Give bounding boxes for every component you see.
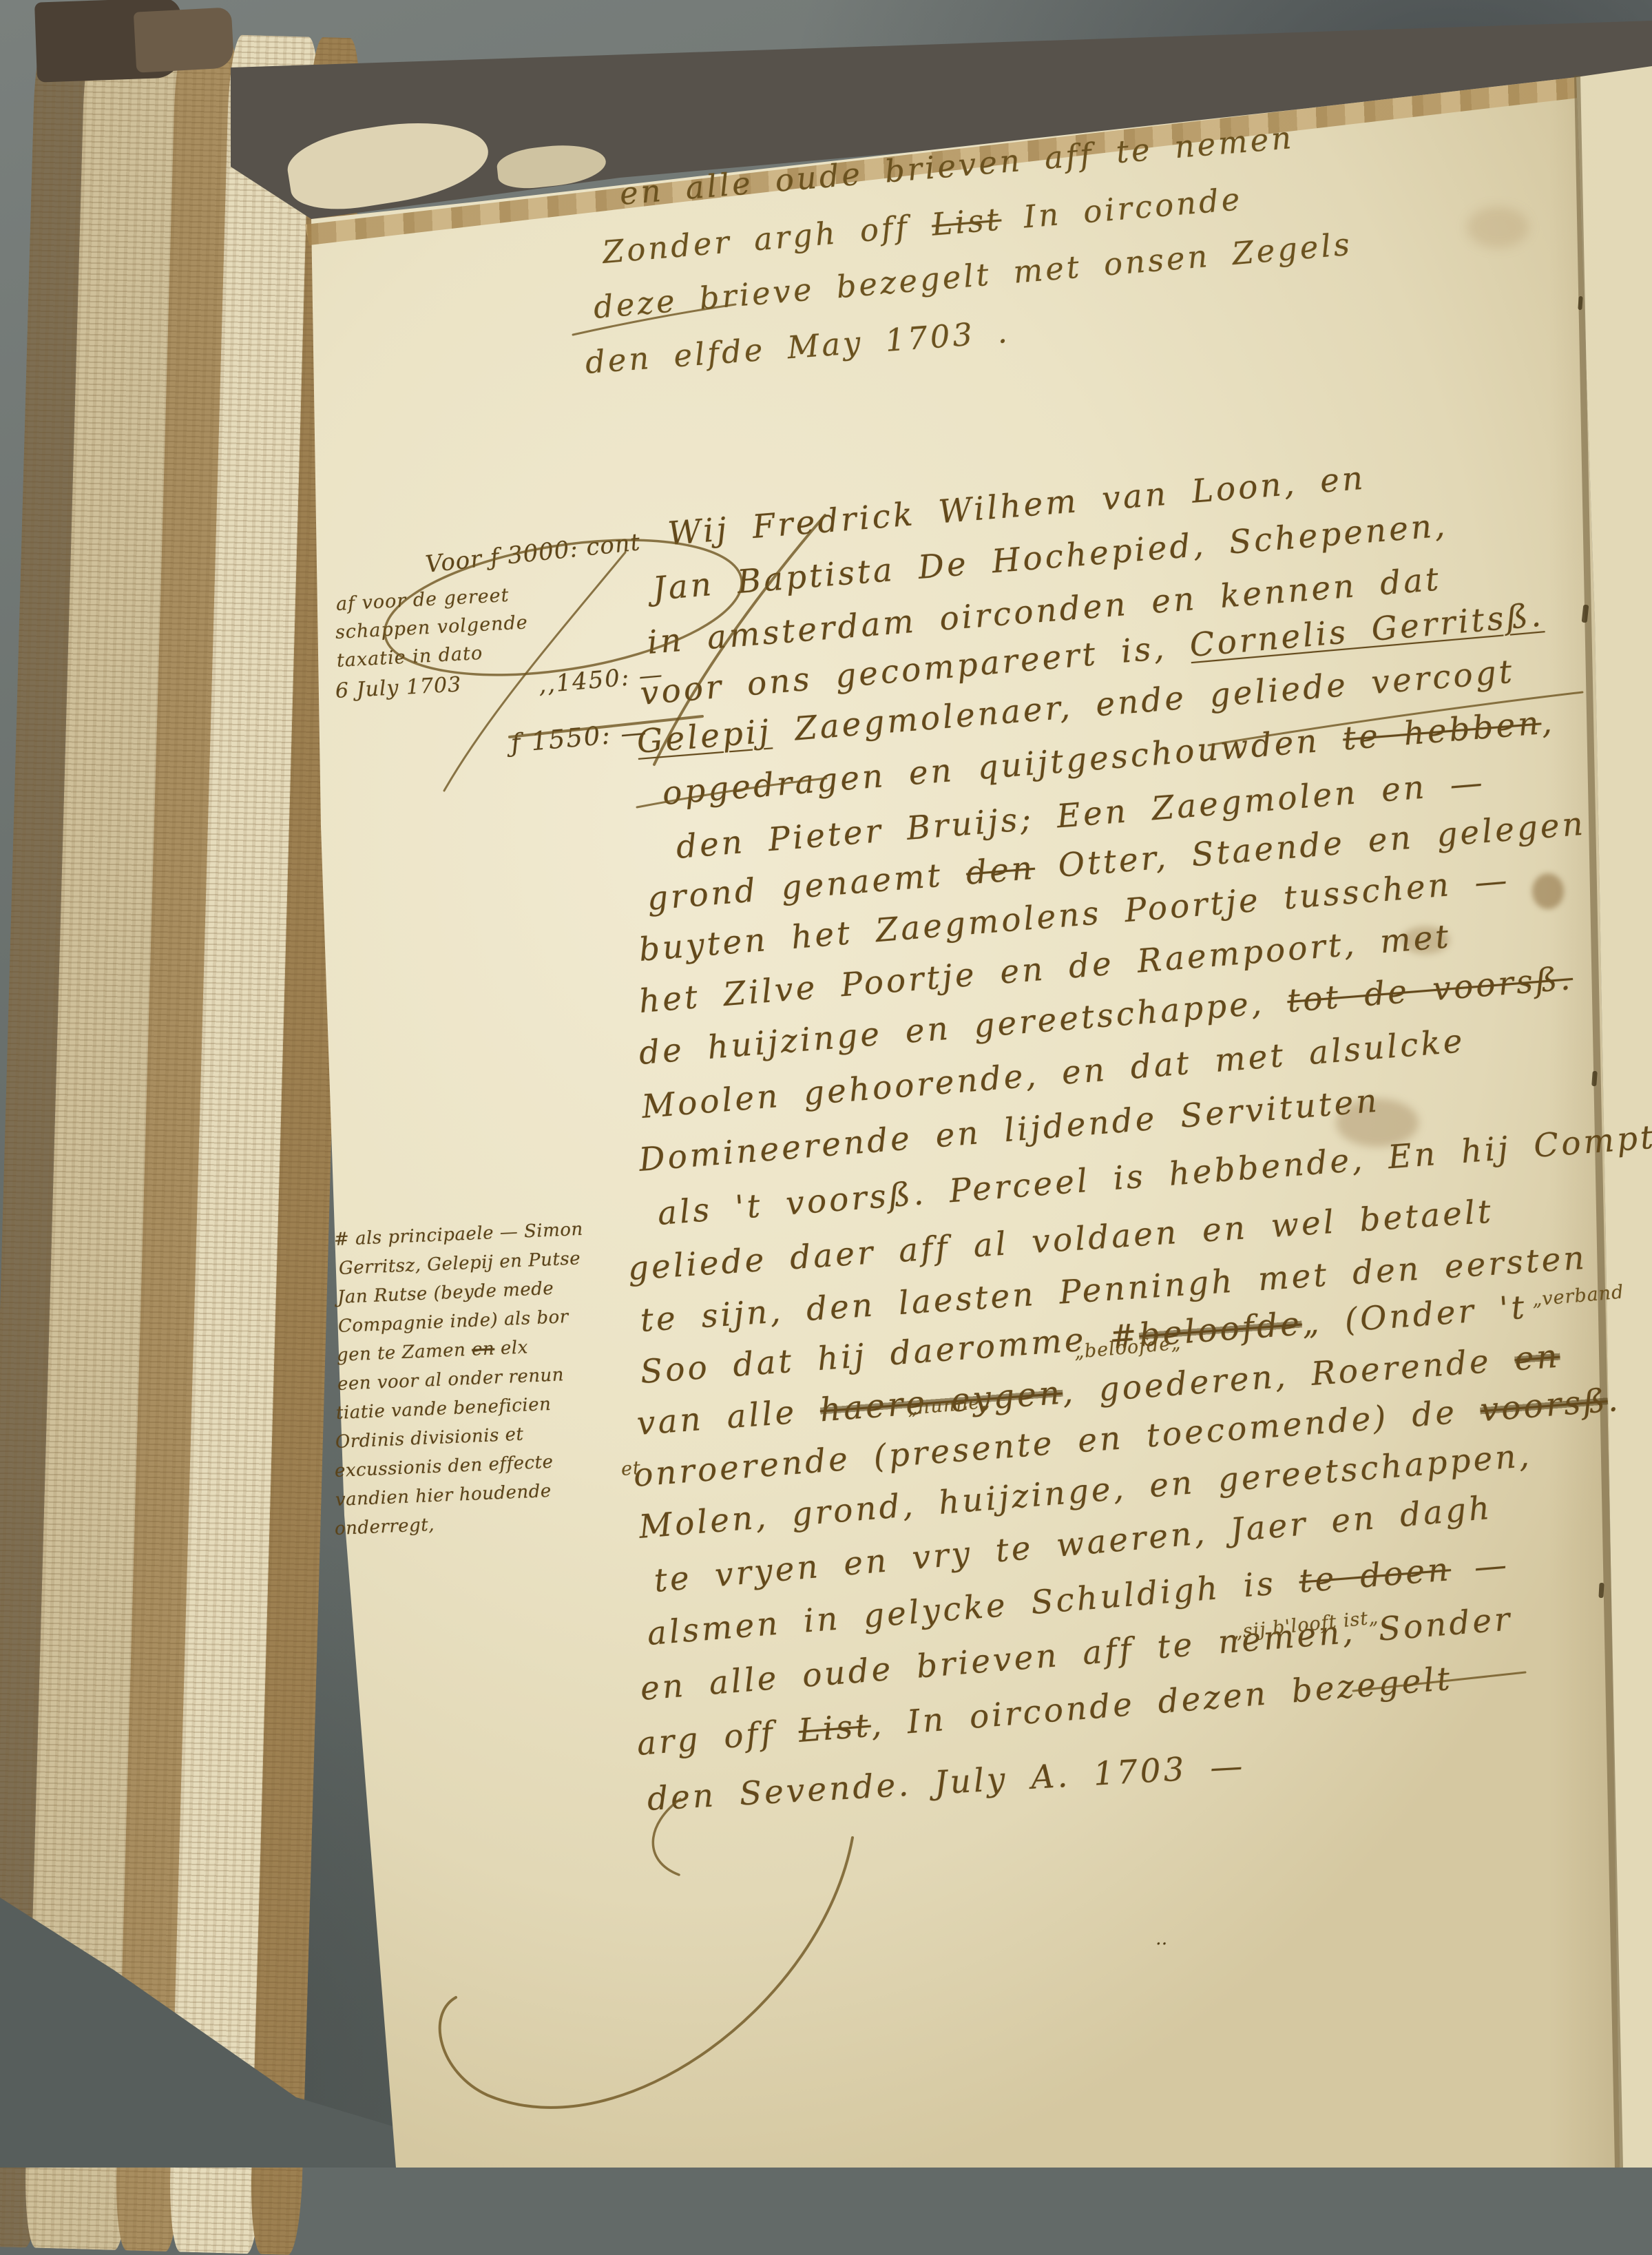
inserted-word: et xyxy=(620,1457,642,1480)
ink-dots-mark: ‥ xyxy=(1156,1929,1167,1949)
binding-remnant xyxy=(134,7,234,72)
foxing-spot xyxy=(1467,207,1529,248)
margin-surety-line: onderregt, xyxy=(334,1515,435,1539)
photograph-of-manuscript-book: en alle oude brieven aff te nemen Zonder… xyxy=(0,0,1652,2168)
stitch-thread xyxy=(1598,1583,1604,1598)
ink-smudge xyxy=(1532,873,1564,909)
book-page-stack xyxy=(0,29,355,2168)
